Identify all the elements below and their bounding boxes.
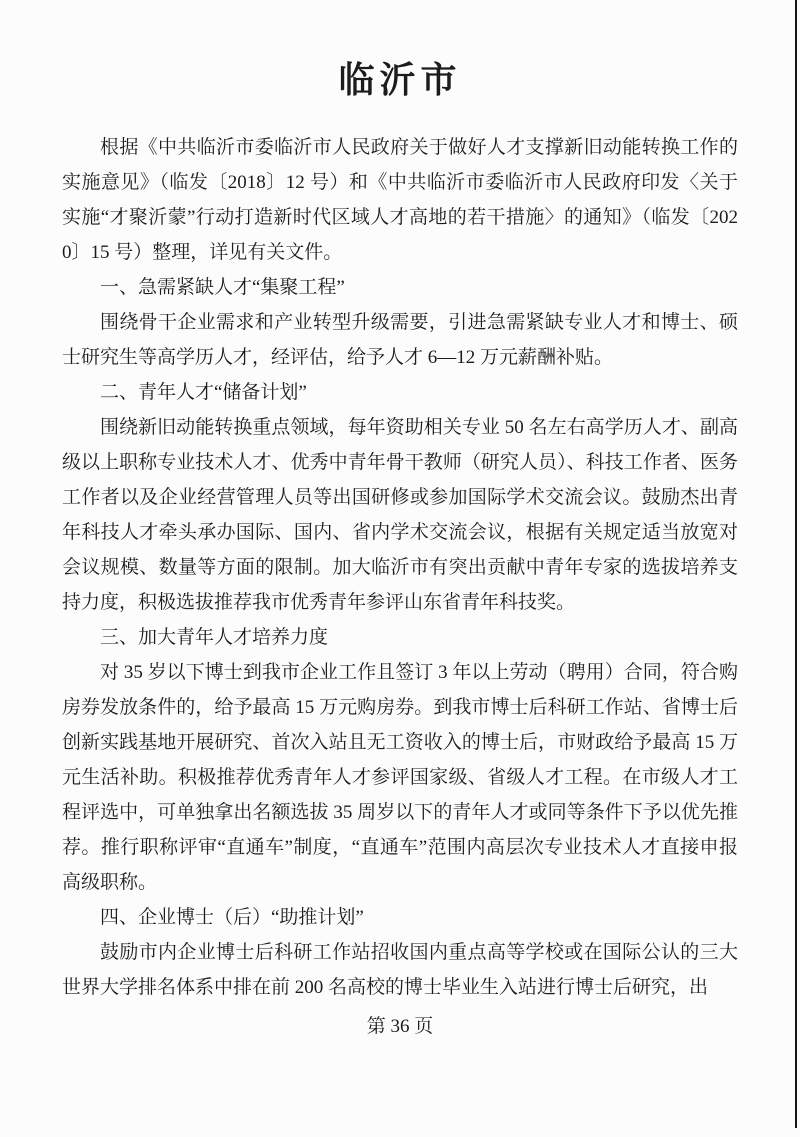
scan-page-edge-line bbox=[795, 0, 797, 1128]
section-2-heading: 二、青年人才“储备计划” bbox=[62, 375, 738, 410]
section-1-body: 围绕骨干企业需求和产业转型升级需要，引进急需紧缺专业人才和博士、硕士研究生等高学… bbox=[62, 305, 738, 375]
section-2-body: 围绕新旧动能转换重点领域，每年资助相关专业 50 名左右高学历人才、副高级以上职… bbox=[62, 410, 738, 620]
section-1: 一、急需紧缺人才“集聚工程” 围绕骨干企业需求和产业转型升级需要，引进急需紧缺专… bbox=[62, 270, 738, 375]
page-title: 临沂市 bbox=[62, 58, 738, 102]
document-body: 临沂市 根据《中共临沂市委临沂市人民政府关于做好人才支撑新旧动能转换工作的实施意… bbox=[62, 58, 738, 1005]
section-3: 三、加大青年人才培养力度 对 35 岁以下博士到我市企业工作且签订 3 年以上劳… bbox=[62, 620, 738, 900]
section-2: 二、青年人才“储备计划” 围绕新旧动能转换重点领域，每年资助相关专业 50 名左… bbox=[62, 375, 738, 620]
section-3-heading: 三、加大青年人才培养力度 bbox=[62, 620, 738, 655]
section-3-body: 对 35 岁以下博士到我市企业工作且签订 3 年以上劳动（聘用）合同，符合购房券… bbox=[62, 655, 738, 900]
page-number: 第 36 页 bbox=[0, 1012, 800, 1042]
section-1-heading: 一、急需紧缺人才“集聚工程” bbox=[62, 270, 738, 305]
section-4: 四、企业博士（后）“助推计划” 鼓励市内企业博士后科研工作站招收国内重点高等学校… bbox=[62, 900, 738, 1005]
section-4-heading: 四、企业博士（后）“助推计划” bbox=[62, 900, 738, 935]
section-4-body: 鼓励市内企业博士后科研工作站招收国内重点高等学校或在国际公认的三大世界大学排名体… bbox=[62, 935, 738, 1005]
scanned-document-page: { "document": { "title": "临沂市", "intro":… bbox=[0, 0, 800, 1137]
intro-paragraph: 根据《中共临沂市委临沂市人民政府关于做好人才支撑新旧动能转换工作的实施意见》（临… bbox=[62, 130, 738, 270]
